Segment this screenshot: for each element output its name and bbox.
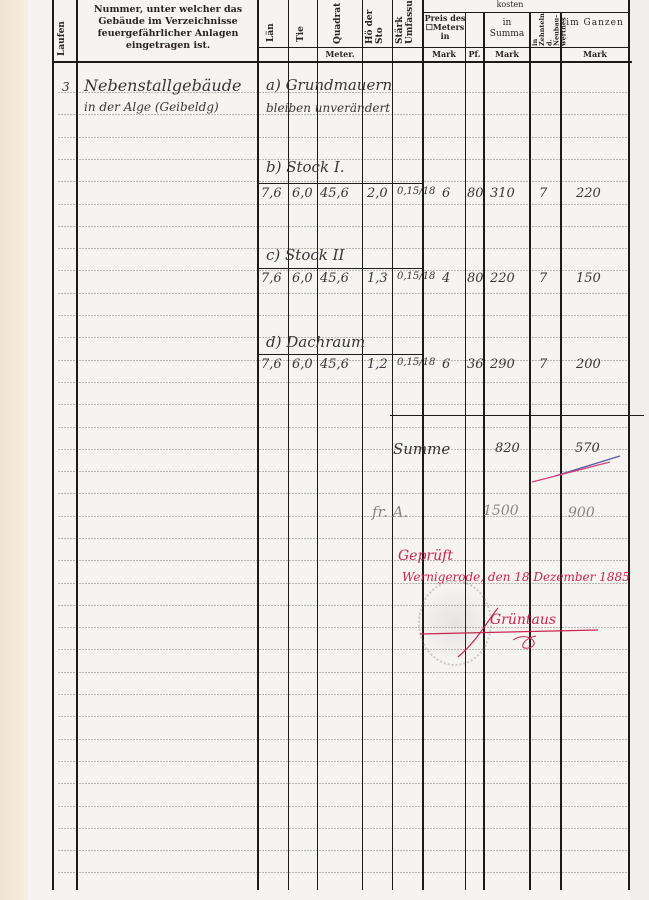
value-laenge: 7,6 — [261, 357, 282, 372]
ruled-line — [58, 493, 630, 494]
value-laenge: 7,6 — [261, 271, 282, 286]
building-name: Nebenstallgebäude — [84, 76, 241, 95]
page-margin — [0, 0, 30, 900]
value-staerke: 0,15/18 — [397, 186, 435, 197]
header-meter: Meter. — [258, 49, 422, 59]
value-preis-pf: 80 — [467, 271, 484, 286]
summe-summa: 820 — [495, 441, 520, 456]
column-divider — [317, 0, 318, 890]
ruled-line — [58, 761, 630, 762]
header-nummer: Nummer, unter welcher das Gebäude im Ver… — [80, 4, 256, 52]
item-underline — [258, 183, 422, 184]
ruled-line — [58, 204, 630, 205]
item-label: c) Stock II — [266, 246, 344, 264]
item-underline — [258, 268, 422, 269]
value-ganzen: 220 — [576, 186, 601, 201]
value-zehntel: 7 — [539, 357, 547, 372]
value-preis-pf: 36 — [467, 357, 484, 372]
column-divider — [628, 0, 630, 890]
header-tiefe: Tie — [297, 2, 307, 42]
ruled-line — [58, 427, 630, 428]
header-kosten: kosten — [480, 0, 540, 10]
ruled-line — [58, 226, 630, 227]
item-sublabel: bleiben unverändert — [266, 101, 390, 115]
item-label: d) Dachraum — [266, 333, 365, 351]
header-zehntel: in Zehnteln d. Neubau-werthes — [532, 13, 558, 46]
value-hoehe: 2,0 — [367, 186, 388, 201]
ruled-line — [58, 137, 630, 138]
header-laufende: Laufen — [58, 4, 68, 56]
signature-flourish — [418, 600, 608, 660]
column-divider — [52, 0, 54, 890]
item-label: a) Grundmauern — [266, 76, 392, 94]
header-staerke: Stärk Umfassun — [396, 2, 418, 44]
column-divider — [483, 12, 485, 890]
ruled-line — [58, 716, 630, 717]
ruled-line — [58, 806, 630, 807]
value-summa: 310 — [490, 186, 515, 201]
value-ganzen: 150 — [576, 271, 601, 286]
value-summa: 220 — [490, 271, 515, 286]
value-preis-mark: 4 — [442, 271, 450, 286]
column-divider — [257, 0, 259, 890]
value-tiefe: 6,0 — [292, 357, 313, 372]
annotation-verified: Geprüft — [398, 548, 453, 564]
ruled-line — [58, 560, 630, 561]
ruled-line — [58, 404, 630, 405]
value-preis-pf: 80 — [467, 186, 484, 201]
value-zehntel: 7 — [539, 186, 547, 201]
value-tiefe: 6,0 — [292, 271, 313, 286]
value-summa: 290 — [490, 357, 515, 372]
value-hoehe: 1,3 — [367, 271, 388, 286]
prior-ganzen: 900 — [568, 505, 595, 521]
ruled-line — [58, 293, 630, 294]
item-underline — [258, 354, 422, 355]
entry-number: 3 — [62, 80, 70, 94]
ruled-line — [58, 828, 630, 829]
value-ganzen: 200 — [576, 357, 601, 372]
value-laenge: 7,6 — [261, 186, 282, 201]
value-hoehe: 1,2 — [367, 357, 388, 372]
header-unit-line — [258, 47, 630, 48]
value-staerke: 0,15/18 — [397, 271, 435, 282]
value-quadrat: 45,6 — [320, 357, 349, 372]
header-quadrat: Quadrat — [334, 2, 344, 44]
value-zehntel: 7 — [539, 271, 547, 286]
ruled-line — [58, 850, 630, 851]
value-tiefe: 6,0 — [292, 186, 313, 201]
summe-label: Summe — [393, 440, 450, 458]
value-staerke: 0,15/18 — [397, 357, 435, 368]
header-preis: Preis des ☐Meters in — [424, 14, 466, 40]
column-divider — [465, 12, 466, 890]
underline-strokes — [530, 450, 630, 485]
unit-mark: Mark — [562, 49, 628, 59]
value-preis-mark: 6 — [442, 357, 450, 372]
ruled-line — [58, 739, 630, 740]
ruled-line — [58, 538, 630, 539]
item-label: b) Stock I. — [266, 158, 345, 176]
ruled-line — [58, 672, 630, 673]
ruled-line — [58, 694, 630, 695]
ruled-line — [58, 181, 630, 182]
unit-pfennig: Pf. — [466, 49, 483, 59]
annotation-date: Wernigerode, den 18 Dezember 1885 — [402, 570, 630, 584]
unit-mark: Mark — [424, 49, 464, 59]
value-preis-mark: 6 — [442, 186, 450, 201]
ruled-line — [58, 872, 630, 873]
building-location: in der Alge (Geibeldg) — [84, 100, 219, 114]
header-bottom-border — [52, 61, 632, 63]
header-hoehe: Hö der Sto — [366, 2, 388, 44]
value-quadrat: 45,6 — [320, 271, 349, 286]
header-summa: in Summa — [485, 18, 529, 40]
ruled-line — [58, 382, 630, 383]
prior-label: fr. A. — [372, 503, 408, 521]
prior-summa: 1500 — [483, 503, 519, 519]
column-divider — [288, 0, 289, 890]
ruled-line — [58, 315, 630, 316]
column-divider — [362, 0, 363, 890]
sum-line — [390, 415, 644, 416]
ruled-line — [58, 783, 630, 784]
page-edge — [630, 0, 649, 900]
unit-mark: Mark — [485, 49, 529, 59]
value-quadrat: 45,6 — [320, 186, 349, 201]
ruled-line — [58, 516, 630, 517]
header-laenge: Län — [267, 2, 277, 42]
header-ganzen: im Ganzen — [562, 18, 628, 29]
column-divider — [76, 0, 78, 890]
